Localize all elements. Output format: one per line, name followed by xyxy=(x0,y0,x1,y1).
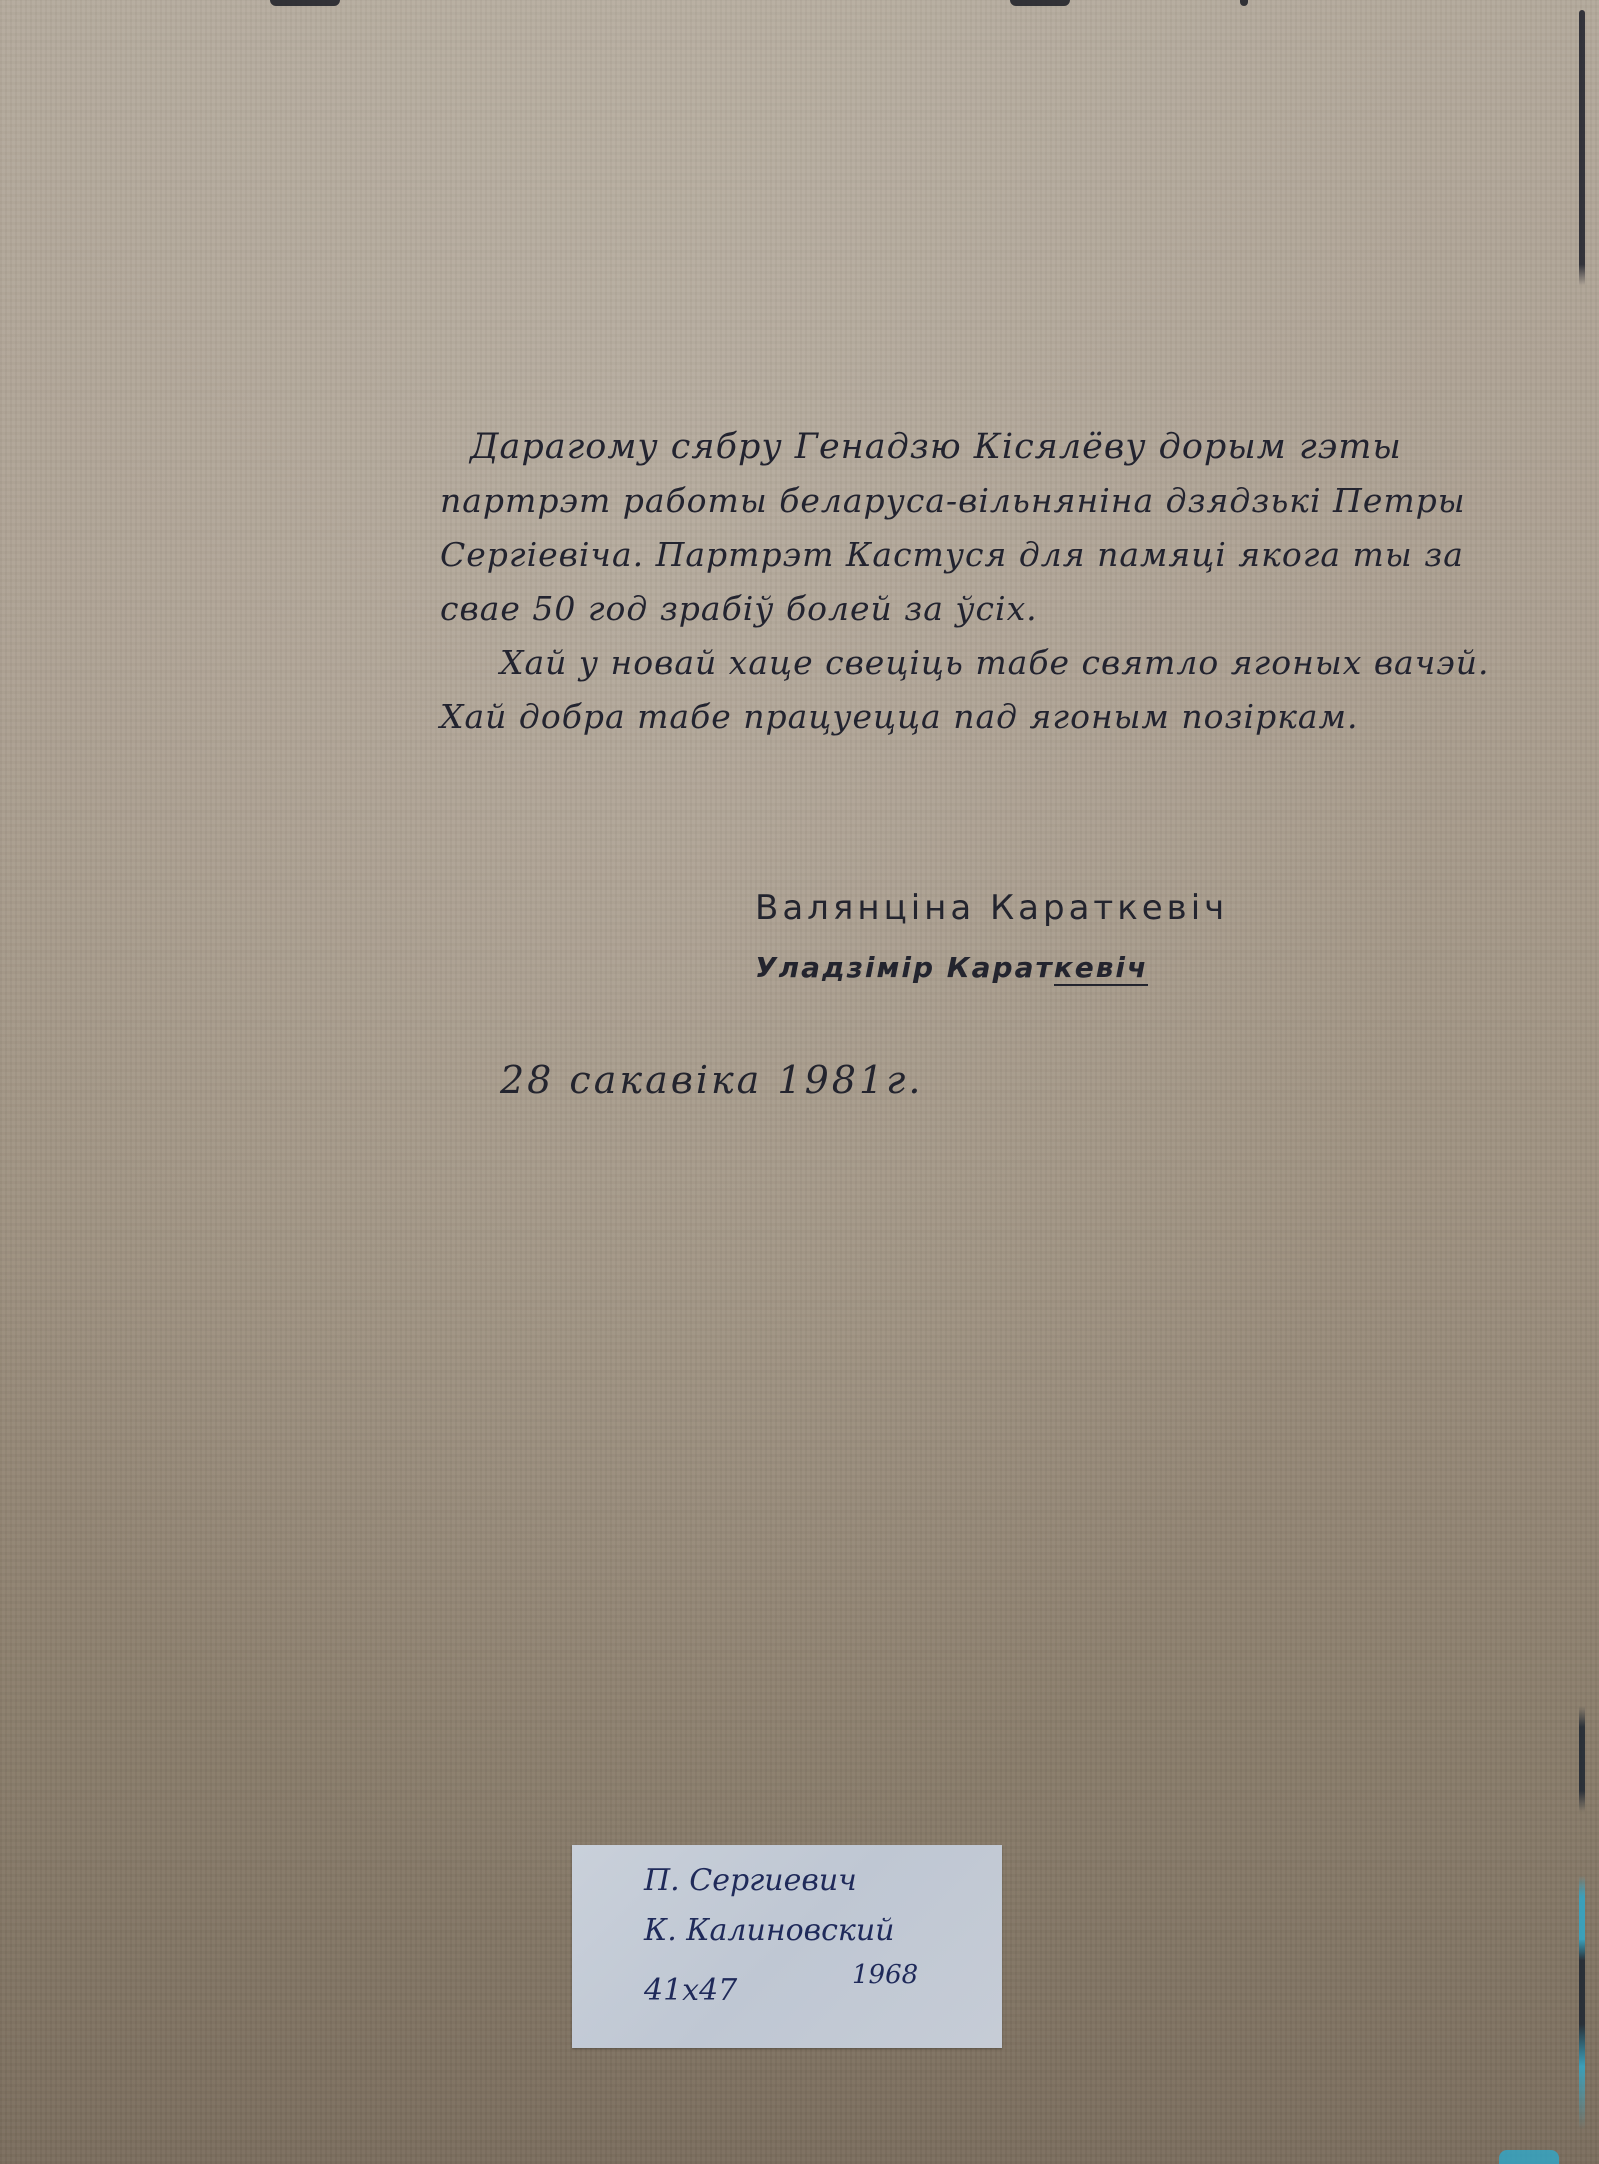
dedication-line: Хай добра табе працуецца пад ягоным позі… xyxy=(440,690,1570,744)
signature-given-name: Уладзімір xyxy=(755,951,947,984)
blue-paint-mark xyxy=(1499,2150,1559,2164)
dedication-line: Дарагому сябру Генадзю Кісялёву дорым гэ… xyxy=(440,420,1570,474)
frame-right-edge xyxy=(1579,10,1585,2130)
dedication-text: Дарагому сябру Генадзю Кісялёву дорым гэ… xyxy=(440,420,1570,744)
signature-surname-part: Карат xyxy=(947,951,1054,984)
dedication-line: Хай у новай хаце свеціць табе святло яго… xyxy=(440,636,1570,690)
signatures: Валянціна Караткевіч Уладзімір Караткеві… xyxy=(755,878,1228,998)
label-artist: П. Сергиевич xyxy=(644,1863,857,1898)
dedication-date: 28 сакавіка 1981г. xyxy=(500,1058,923,1102)
dedication-line: партрэт работы беларуса-вільняніна дзядз… xyxy=(440,474,1570,528)
signature-uladzimir: Уладзімір Караткевіч xyxy=(755,938,1228,998)
label-subject: К. Калиновский xyxy=(644,1913,894,1948)
label-size: 41х47 xyxy=(644,1973,737,2008)
signature-valiancina: Валянціна Караткевіч xyxy=(755,878,1228,938)
artwork-label: П. Сергиевич К. Калиновский 1968 41х47 xyxy=(572,1845,1002,2048)
dedication-line: свае 50 год зрабіў болей за ўсіх. xyxy=(440,582,1570,636)
dedication-line: Сергіевіча. Партрэт Кастуся для памяці я… xyxy=(440,528,1570,582)
signature-surname-underlined: кевіч xyxy=(1054,951,1149,986)
label-year: 1968 xyxy=(852,1960,918,1990)
